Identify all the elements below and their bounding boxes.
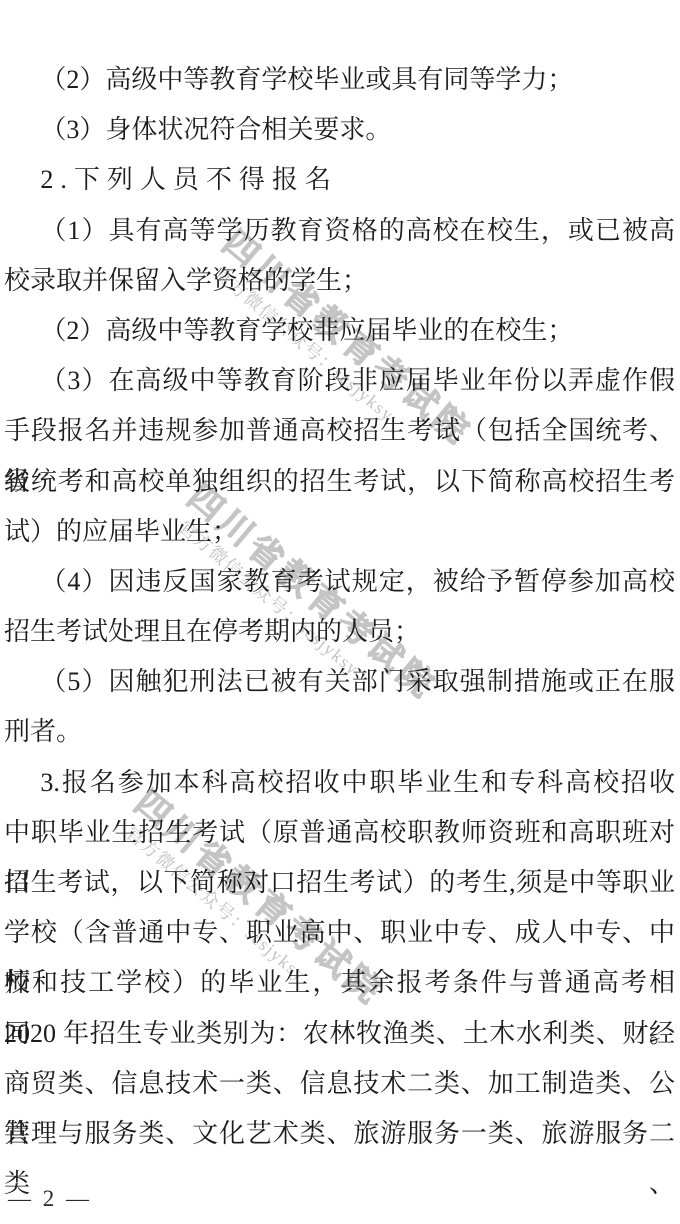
document-body: （2）高级中等教育学校毕业或具有同等学力； （3）身体状况符合相关要求。 2.下… [4,55,675,1159]
text-line: 3.报名参加本科高校招收中职毕业生和专科高校招收 [4,758,675,808]
page-number: — 2 — [8,1186,92,1212]
text-line: 手段报名并违规参加普通高校招生考试（包括全国统考、省 [4,406,675,456]
text-line: 2020 年招生专业类别为：农林牧渔类、土木水利类、财经 [4,1009,675,1059]
text-line: 招生考试，以下简称对口招生考试）的考生,须是中等职业 [4,858,675,908]
text-line: 招生考试处理且在停考期内的人员； [4,607,675,657]
text-line: 试）的应届毕业生； [4,507,675,557]
text-line: （4）因违反国家教育考试规定，被给予暂停参加高校 [4,557,675,607]
text-line: （2）高级中等教育学校毕业或具有同等学力； [4,55,675,105]
text-line: （3）在高级中等教育阶段非应届毕业年份以弄虚作假 [4,356,675,406]
text-line: 刑者。 [4,707,675,757]
text-line: （3）身体状况符合相关要求。 [4,105,675,155]
text-line: 级统考和高校单独组织的招生考试，以下简称高校招生考 [4,457,675,507]
text-line: 管理与服务类、文化艺术类、旅游服务一类、旅游服务二类、 [4,1109,675,1159]
text-line: 中职毕业生招生考试（原普通高校职教师资班和高职班对口 [4,808,675,858]
document-page: 四川省教育考试院 官方微信公众号：scsjyksy 四川省教育考试院 官方微信公… [0,0,680,1224]
text-line: 学校（含普通中专、职业高中、职业中专、成人中专、中师 [4,908,675,958]
text-line: 校录取并保留入学资格的学生； [4,256,675,306]
text-line: 2.下列人员不得报名 [4,155,675,205]
text-line: （1）具有高等学历教育资格的高校在校生，或已被高 [4,206,675,256]
text-line: 校和技工学校）的毕业生，其余报考条件与普通高考相同。 [4,958,675,1008]
text-line: （5）因触犯刑法已被有关部门采取强制措施或正在服 [4,657,675,707]
text-line: （2）高级中等教育学校非应届毕业的在校生； [4,306,675,356]
text-line: 商贸类、信息技术一类、信息技术二类、加工制造类、公共 [4,1059,675,1109]
